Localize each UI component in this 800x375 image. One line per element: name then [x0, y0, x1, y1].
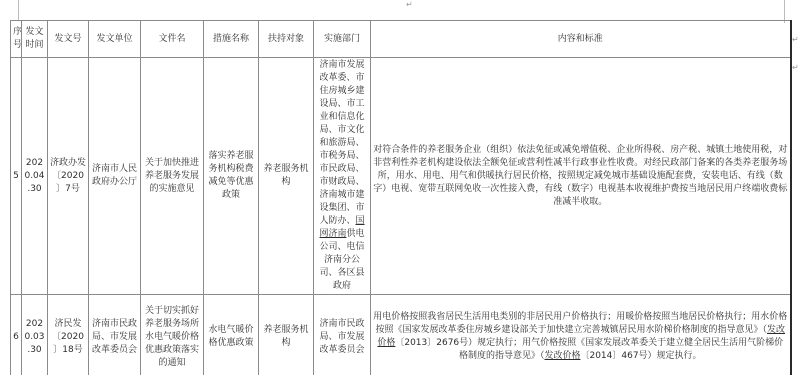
cell-file-name: 关于加快推进养老服务发展的实施意见 [141, 58, 204, 295]
col-header-measure: 措施名称 [204, 21, 259, 58]
col-header-issuer: 发文单位 [89, 21, 141, 58]
cell-seq: 5 [11, 58, 22, 295]
cell-file-name: 关于切实抓好养老服务场所水电气暖价格优惠政策落实的通知 [141, 295, 204, 375]
cell-departments: 济南市发展改革委、市住房城乡建设局、市工业和信息化局、市文化和旅游局、市税务局、… [314, 58, 371, 295]
col-header-date: 发文时间 [22, 21, 48, 58]
cell-measure: 水电气暖价格优惠政策 [204, 295, 259, 375]
end-of-row-mark: ↵ [792, 36, 799, 44]
table-row: 5 2020.04.30 济政办发〔2020〕7号 济南市人民政府办公厅 关于加… [11, 58, 791, 295]
col-header-file-name: 文件名 [141, 21, 204, 58]
margin-guide-left [18, 0, 19, 20]
cell-issuer: 济南市人民政府办公厅 [89, 58, 141, 295]
col-header-target: 扶持对象 [259, 21, 314, 58]
cell-seq: 6 [11, 295, 22, 375]
cell-departments: 济南市民政局、市发展改革委员会 [314, 295, 371, 375]
cell-date: 2020.03.30 [22, 295, 48, 375]
table-row: 6 2020.03.30 济民发〔2020〕18号 济南市民政局、市发展改革委员… [11, 295, 791, 375]
col-header-doc-number: 发文号 [48, 21, 89, 58]
cell-target: 养老服务机构 [259, 58, 314, 295]
end-of-row-mark: ↵ [792, 64, 799, 72]
cell-target: 养老服务机构 [259, 295, 314, 375]
policy-table: 序号 发文时间 发文号 发文单位 文件名 措施名称 扶持对象 实施部门 内容和标… [10, 20, 792, 375]
cell-date: 2020.04.30 [22, 58, 48, 295]
cell-issuer: 济南市民政局、市发展改革委员会 [89, 295, 141, 375]
col-header-content: 内容和标准 [371, 21, 791, 58]
cell-content: 用电价格按照我省居民生活用电类别的非居民用户价格执行；用暖价格按照当地居民价格执… [371, 295, 791, 375]
paragraph-mark: ↵ [406, 1, 413, 9]
cell-content: 对符合条件的养老服务企业（组织）依法免征或减免增值税、企业所得税、房产税、城镇土… [371, 58, 791, 295]
cell-doc-number: 济政办发〔2020〕7号 [48, 58, 89, 295]
header-row: 序号 发文时间 发文号 发文单位 文件名 措施名称 扶持对象 实施部门 内容和标… [11, 21, 791, 58]
col-header-seq: 序号 [11, 21, 22, 58]
col-header-departments: 实施部门 [314, 21, 371, 58]
document-page: ↵ ↵ ↵ 序号 发文时间 发文号 发文单位 文件名 措施名称 扶持对象 实施部… [0, 0, 800, 375]
cell-doc-number: 济民发〔2020〕18号 [48, 295, 89, 375]
cell-measure: 落实养老服务机构税费减免等优惠政策 [204, 58, 259, 295]
